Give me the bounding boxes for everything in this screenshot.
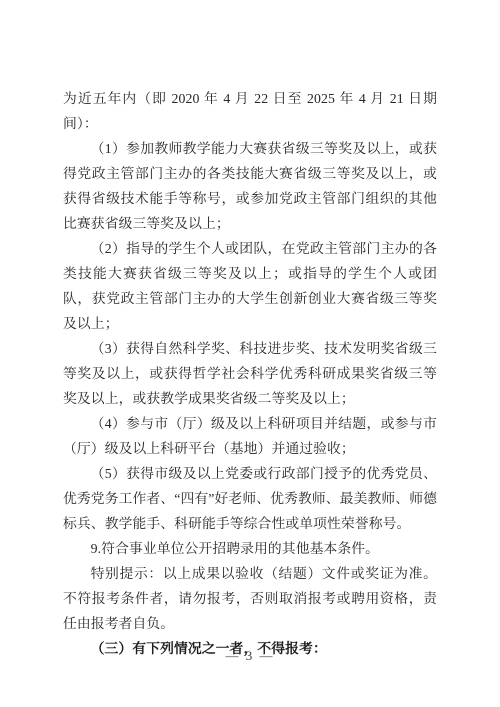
paragraph-item-5-honorary-titles: （5）获得市级及以上党委或行政部门授予的优秀党员、优秀党务工作者、“四有”好老师… bbox=[63, 461, 437, 536]
paragraph-date-range-continuation: 为近五年内（即 2020 年 4 月 22 日至 2025 年 4 月 21 日… bbox=[63, 86, 437, 136]
page-number: — 3 — bbox=[0, 647, 500, 665]
document-body: 为近五年内（即 2020 年 4 月 22 日至 2025 年 4 月 21 日… bbox=[63, 86, 437, 661]
paragraph-item-2-student-guidance-awards: （2）指导的学生个人或团队，在党政主管部门主办的各类技能大赛获省级三等奖及以上；… bbox=[63, 236, 437, 336]
paragraph-special-notice: 特别提示：以上成果以验收（结题）文件或奖证为准。不符报考条件者，请勿报考，否则取… bbox=[63, 561, 437, 636]
paragraph-item-4-research-projects: （4）参与市（厅）级及以上科研项目并结题，或参与市（厅）级及以上科研平台（基地）… bbox=[63, 411, 437, 461]
paragraph-item-9-other-conditions: 9.符合事业单位公开招聘录用的其他基本条件。 bbox=[63, 536, 437, 561]
paragraph-item-1-teaching-awards: （1）参加教师教学能力大赛获省级三等奖及以上，或获得党政主管部门主办的各类技能大… bbox=[63, 136, 437, 236]
scanned-document-page: 为近五年内（即 2020 年 4 月 22 日至 2025 年 4 月 21 日… bbox=[0, 0, 500, 707]
paragraph-item-3-science-awards: （3）获得自然科学奖、科技进步奖、技术发明奖省级三等奖及以上，或获得哲学社会科学… bbox=[63, 336, 437, 411]
